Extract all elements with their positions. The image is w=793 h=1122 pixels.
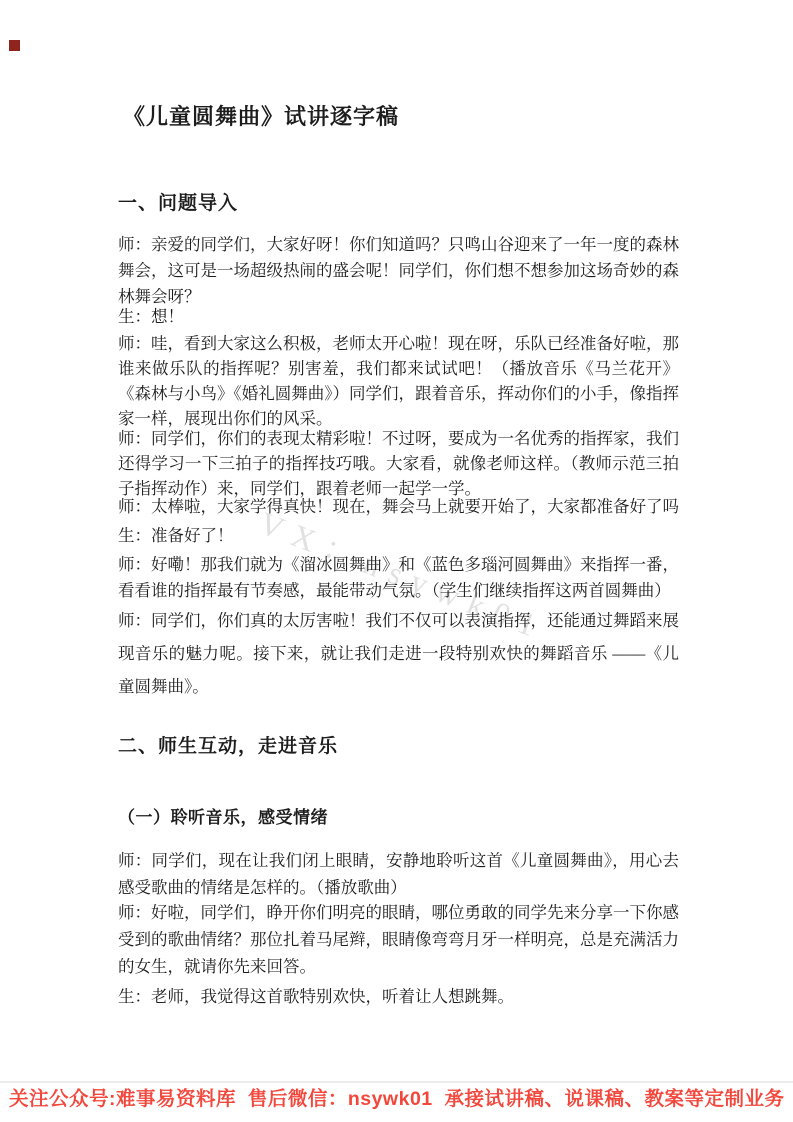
footer-divider-line [0,1081,793,1083]
dialogue-teacher: 师：好嘞！那我们就为《溜冰圆舞曲》和《蓝色多瑙河圆舞曲》来指挥一番，看看谁的指挥… [118,552,679,604]
section-2-subheading: （一）聆听音乐，感受情绪 [118,803,678,828]
footer-promo-banner: 关注公众号:难事易资料库 售后微信：nsywk01 承接试讲稿、说课稿、教案等定… [9,1086,787,1112]
corner-red-square [9,40,20,51]
section-2-heading: 二、师生互动，走进音乐 [118,731,678,758]
dialogue-student: 生：老师，我觉得这首歌特别欢快，听着让人想跳舞。 [118,984,679,1010]
dialogue-student: 生：想！ [118,304,679,330]
dialogue-teacher: 师：同学们，你们真的太厉害啦！我们不仅可以表演指挥，还能通过舞蹈来展现音乐的魅力… [118,604,679,703]
dialogue-teacher: 师：好啦，同学们，睁开你们明亮的眼睛，哪位勇敢的同学先来分享一下你感受到的歌曲情… [118,899,679,980]
section-1-heading: 一、问题导入 [118,188,678,215]
dialogue-teacher: 师：太棒啦，大家学得真快！现在，舞会马上就要开始了，大家都准备好了吗 [118,494,679,520]
dialogue-student: 生：准备好了！ [118,523,679,549]
document-page: VX：nsywk01 《儿童圆舞曲》试讲逐字稿 一、问题导入 师：亲爱的同学们，… [0,0,793,1122]
dialogue-teacher: 师：同学们，现在让我们闭上眼睛，安静地聆听这首《儿童圆舞曲》，用心去感受歌曲的情… [118,847,679,901]
dialogue-teacher: 师：同学们，你们的表现太精彩啦！不过呀，要成为一名优秀的指挥家，我们还得学习一下… [118,426,679,501]
dialogue-teacher: 师：亲爱的同学们，大家好呀！你们知道吗？只鸣山谷迎来了一年一度的森林舞会，这可是… [118,232,679,310]
page-title: 《儿童圆舞曲》试讲逐字稿 [123,100,683,131]
dialogue-teacher: 师：哇，看到大家这么积极，老师太开心啦！现在呀，乐队已经准备好啦，那谁来做乐队的… [118,331,679,431]
